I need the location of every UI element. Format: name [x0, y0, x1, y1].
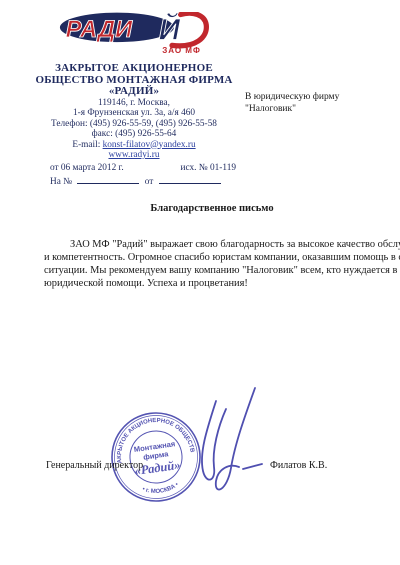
website-line: www.radyi.ru — [18, 150, 250, 161]
signer-name-label: Филатов К.В. — [270, 460, 327, 471]
body-line: ЗАО МФ "Радий" выражает свою благодарнос… — [44, 238, 389, 251]
logo-text-last-letter: Й — [159, 12, 181, 47]
body-line: ситуации. Мы рекомендуем вашу компанию "… — [44, 264, 389, 277]
email-label: E-mail: — [72, 140, 100, 150]
recipient-block: В юридическую фирму "Налоговик" — [245, 92, 339, 115]
address-line1: 119146, г. Москва, — [18, 98, 250, 109]
letterhead: РАДИ Й ЗАО МФ ЗАКРЫТОЕ АКЦИОНЕРНОЕ ОБЩЕС… — [18, 12, 250, 188]
org-name-line3: «РАДИЙ» — [18, 86, 250, 98]
outgoing-reference-line: от 06 марта 2012 г. исх. № 01-119 — [18, 163, 250, 174]
body-line: юридической помощи. Успеха и процветания… — [44, 277, 389, 290]
reply-reference-line: На № от — [18, 174, 250, 188]
logo-subtext: ЗАО МФ — [162, 46, 201, 55]
phone-line: Телефон: (495) 926-55-59, (495) 926-55-5… — [18, 119, 250, 130]
logo-text-main: РАДИ — [66, 16, 134, 43]
letter-body: ЗАО МФ "Радий" выражает свою благодарнос… — [44, 238, 389, 290]
stamp-ring-bottom-text: • г. МОСКВА • — [141, 481, 181, 497]
letter-page: РАДИ Й ЗАО МФ ЗАКРЫТОЕ АКЦИОНЕРНОЕ ОБЩЕС… — [0, 0, 400, 565]
org-name-line1: ЗАКРЫТОЕ АКЦИОНЕРНОЕ — [18, 63, 250, 75]
email-link[interactable]: konst-filatov@yandex.ru — [103, 140, 196, 150]
outgoing-date: от 06 марта 2012 г. — [50, 163, 124, 174]
svg-text:• г. МОСКВА •: • г. МОСКВА • — [141, 481, 181, 497]
signature-scribble-icon — [176, 381, 264, 499]
outgoing-number: исх. № 01-119 — [181, 163, 236, 174]
body-line: и компетентность. Огромное спасибо юрист… — [44, 251, 389, 264]
reply-number-blank — [77, 174, 139, 184]
reply-from-label: от — [145, 177, 154, 187]
radiy-logo-icon: РАДИ Й ЗАО МФ — [58, 12, 210, 56]
recipient-line2: "Налоговик" — [245, 104, 339, 116]
address-line2: 1-я Фрунзенская ул. 3а, а/я 460 — [18, 108, 250, 119]
director-signature — [176, 381, 264, 499]
reply-date-blank — [159, 174, 221, 184]
recipient-line1: В юридическую фирму — [245, 92, 339, 104]
company-logo: РАДИ Й ЗАО МФ — [58, 12, 210, 61]
email-line: E-mail: konst-filatov@yandex.ru — [18, 140, 250, 151]
fax-line: факс: (495) 926-55-64 — [18, 129, 250, 140]
signer-position-label: Генеральный директор — [46, 460, 143, 471]
website-link[interactable]: www.radyi.ru — [108, 150, 159, 160]
reply-to-label: На № — [50, 177, 72, 187]
letter-title: Благодарственное письмо — [44, 203, 380, 214]
